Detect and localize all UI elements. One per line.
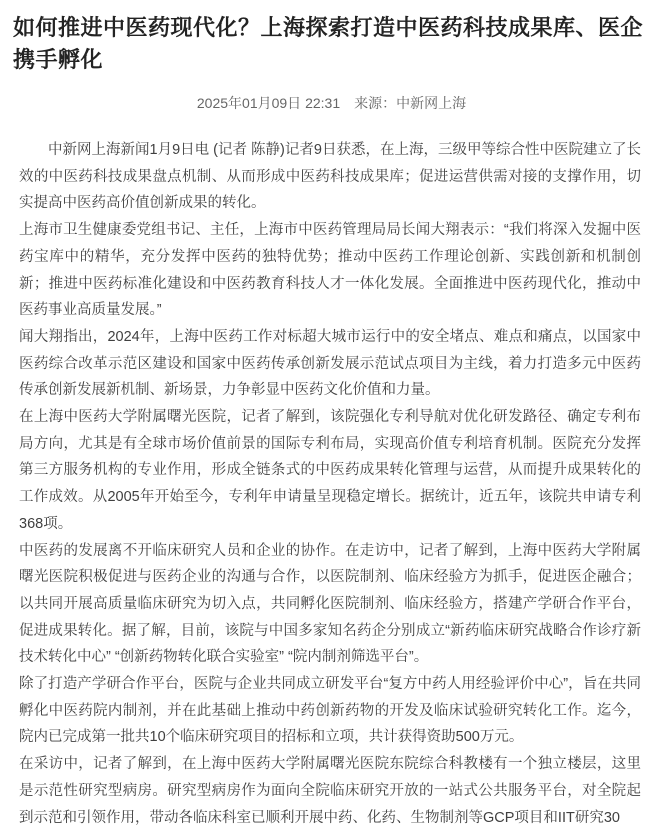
article-paragraph: 除了打造产学研合作平台，医院与企业共同成立研发平台“复方中药人用经验评价中心”，… <box>19 671 641 751</box>
article-page: 如何推进中医药现代化？上海探索打造中医药科技成果库、医企携手孵化 2025年01… <box>0 0 663 836</box>
article-source: 来源：中新网上海 <box>354 95 466 111</box>
article-content: 中新网上海新闻1月9日电 (记者 陈静)记者9日获悉，在上海，三级甲等综合性中医… <box>19 137 641 831</box>
article-paragraph: 上海市卫生健康委党组书记、主任，上海市中医药管理局局长闻大翔表示：“我们将深入发… <box>19 217 641 324</box>
article-paragraph: 在上海中医药大学附属曙光医院，记者了解到，该院强化专利导航对优化研发路径、确定专… <box>19 404 641 538</box>
article-paragraph: 闻大翔指出，2024年，上海中医药工作对标超大城市运行中的安全堵点、难点和痛点，… <box>19 324 641 404</box>
article-title: 如何推进中医药现代化？上海探索打造中医药科技成果库、医企携手孵化 <box>13 12 649 76</box>
article-paragraph: 中新网上海新闻1月9日电 (记者 陈静)记者9日获悉，在上海，三级甲等综合性中医… <box>19 137 641 217</box>
article-meta: 2025年01月09日 22:31来源：中新网上海 <box>0 93 663 113</box>
publish-datetime: 2025年01月09日 22:31 <box>197 95 340 111</box>
article-paragraph: 在采访中，记者了解到，在上海中医药大学附属曙光医院东院综合科教楼有一个独立楼层，… <box>19 751 641 831</box>
article-paragraph: 中医药的发展离不开临床研究人员和企业的协作。在走访中，记者了解到，上海中医药大学… <box>19 538 641 672</box>
